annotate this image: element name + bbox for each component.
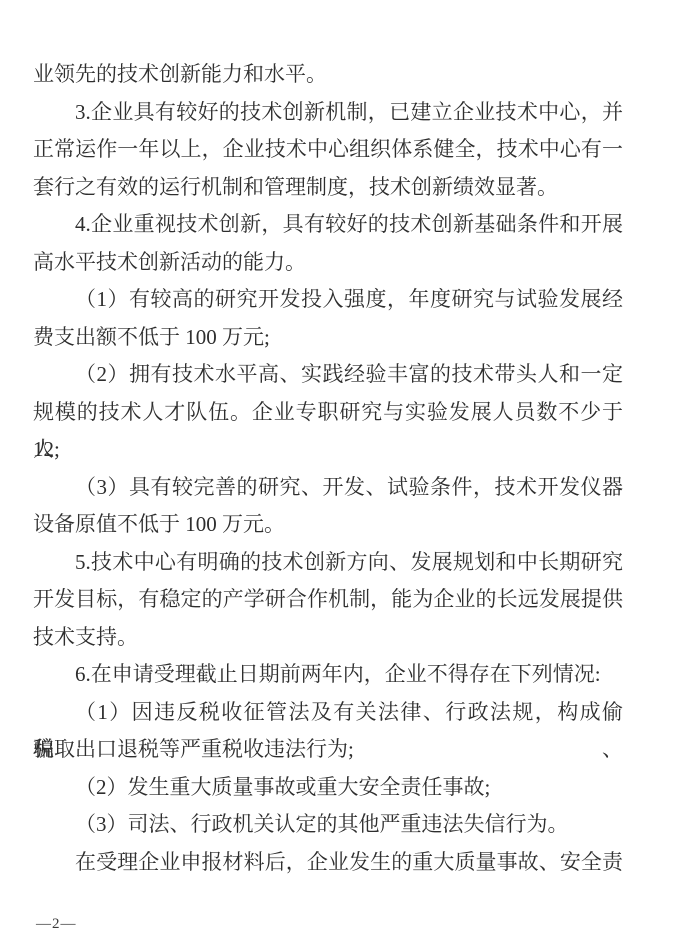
paragraph: 6.在申请受理截止日期前两年内，企业不得存在下列情况: bbox=[33, 656, 623, 694]
document-body: 业领先的技术创新能力和水平。3.企业具有较好的技术创新机制，已建立企业技术中心，… bbox=[33, 56, 623, 881]
text-line: 正常运作一年以上，企业技术中心组织体系健全，技术中心有一 bbox=[33, 131, 623, 169]
text-line: （1）因违反税收征管法及有关法律、行政法规，构成偷税、 bbox=[33, 694, 623, 732]
paragraph: （3）司法、行政机关认定的其他严重违法失信行为。 bbox=[33, 806, 623, 844]
text-line: 人; bbox=[33, 431, 623, 469]
text-line: （3）司法、行政机关认定的其他严重违法失信行为。 bbox=[33, 806, 623, 844]
paragraph: 在受理企业申报材料后，企业发生的重大质量事故、安全责 bbox=[33, 844, 623, 882]
text-line: 3.企业具有较好的技术创新机制，已建立企业技术中心，并 bbox=[33, 94, 623, 132]
text-line: 开发目标，有稳定的产学研合作机制，能为企业的长远发展提供 bbox=[33, 581, 623, 619]
text-line: 高水平技术创新活动的能力。 bbox=[33, 244, 623, 282]
paragraph: （1）因违反税收征管法及有关法律、行政法规，构成偷税、骗取出口退税等严重税收违法… bbox=[33, 694, 623, 769]
text-line: 业领先的技术创新能力和水平。 bbox=[33, 56, 623, 94]
text-line: （3）具有较完善的研究、开发、试验条件，技术开发仪器 bbox=[33, 469, 623, 507]
paragraph: （2）发生重大质量事故或重大安全责任事故; bbox=[33, 769, 623, 807]
paragraph: （2）拥有技术水平高、实践经验丰富的技术带头人和一定规模的技术人才队伍。企业专职… bbox=[33, 356, 623, 469]
page-number: —2— bbox=[36, 916, 77, 933]
paragraph: （3）具有较完善的研究、开发、试验条件，技术开发仪器设备原值不低于 100 万元… bbox=[33, 469, 623, 544]
paragraph: 5.技术中心有明确的技术创新方向、发展规划和中长期研究开发目标，有稳定的产学研合… bbox=[33, 544, 623, 657]
paragraph: 3.企业具有较好的技术创新机制，已建立企业技术中心，并正常运作一年以上，企业技术… bbox=[33, 94, 623, 207]
text-line: 规模的技术人才队伍。企业专职研究与实验发展人员数不少于 12 bbox=[33, 394, 623, 432]
paragraph: 业领先的技术创新能力和水平。 bbox=[33, 56, 623, 94]
text-line: （2）拥有技术水平高、实践经验丰富的技术带头人和一定 bbox=[33, 356, 623, 394]
text-line: 技术支持。 bbox=[33, 619, 623, 657]
paragraph: 4.企业重视技术创新，具有较好的技术创新基础条件和开展高水平技术创新活动的能力。 bbox=[33, 206, 623, 281]
text-line: 费支出额不低于 100 万元; bbox=[33, 319, 623, 357]
text-line: 5.技术中心有明确的技术创新方向、发展规划和中长期研究 bbox=[33, 544, 623, 582]
text-line: 设备原值不低于 100 万元。 bbox=[33, 506, 623, 544]
text-line: 4.企业重视技术创新，具有较好的技术创新基础条件和开展 bbox=[33, 206, 623, 244]
text-line: 在受理企业申报材料后，企业发生的重大质量事故、安全责 bbox=[33, 844, 623, 882]
text-line: 6.在申请受理截止日期前两年内，企业不得存在下列情况: bbox=[33, 656, 623, 694]
text-line: 套行之有效的运行机制和管理制度，技术创新绩效显著。 bbox=[33, 169, 623, 207]
paragraph: （1）有较高的研究开发投入强度，年度研究与试验发展经费支出额不低于 100 万元… bbox=[33, 281, 623, 356]
document-page: 业领先的技术创新能力和水平。3.企业具有较好的技术创新机制，已建立企业技术中心，… bbox=[0, 0, 695, 939]
text-line: （1）有较高的研究开发投入强度，年度研究与试验发展经 bbox=[33, 281, 623, 319]
text-line: （2）发生重大质量事故或重大安全责任事故; bbox=[33, 769, 623, 807]
